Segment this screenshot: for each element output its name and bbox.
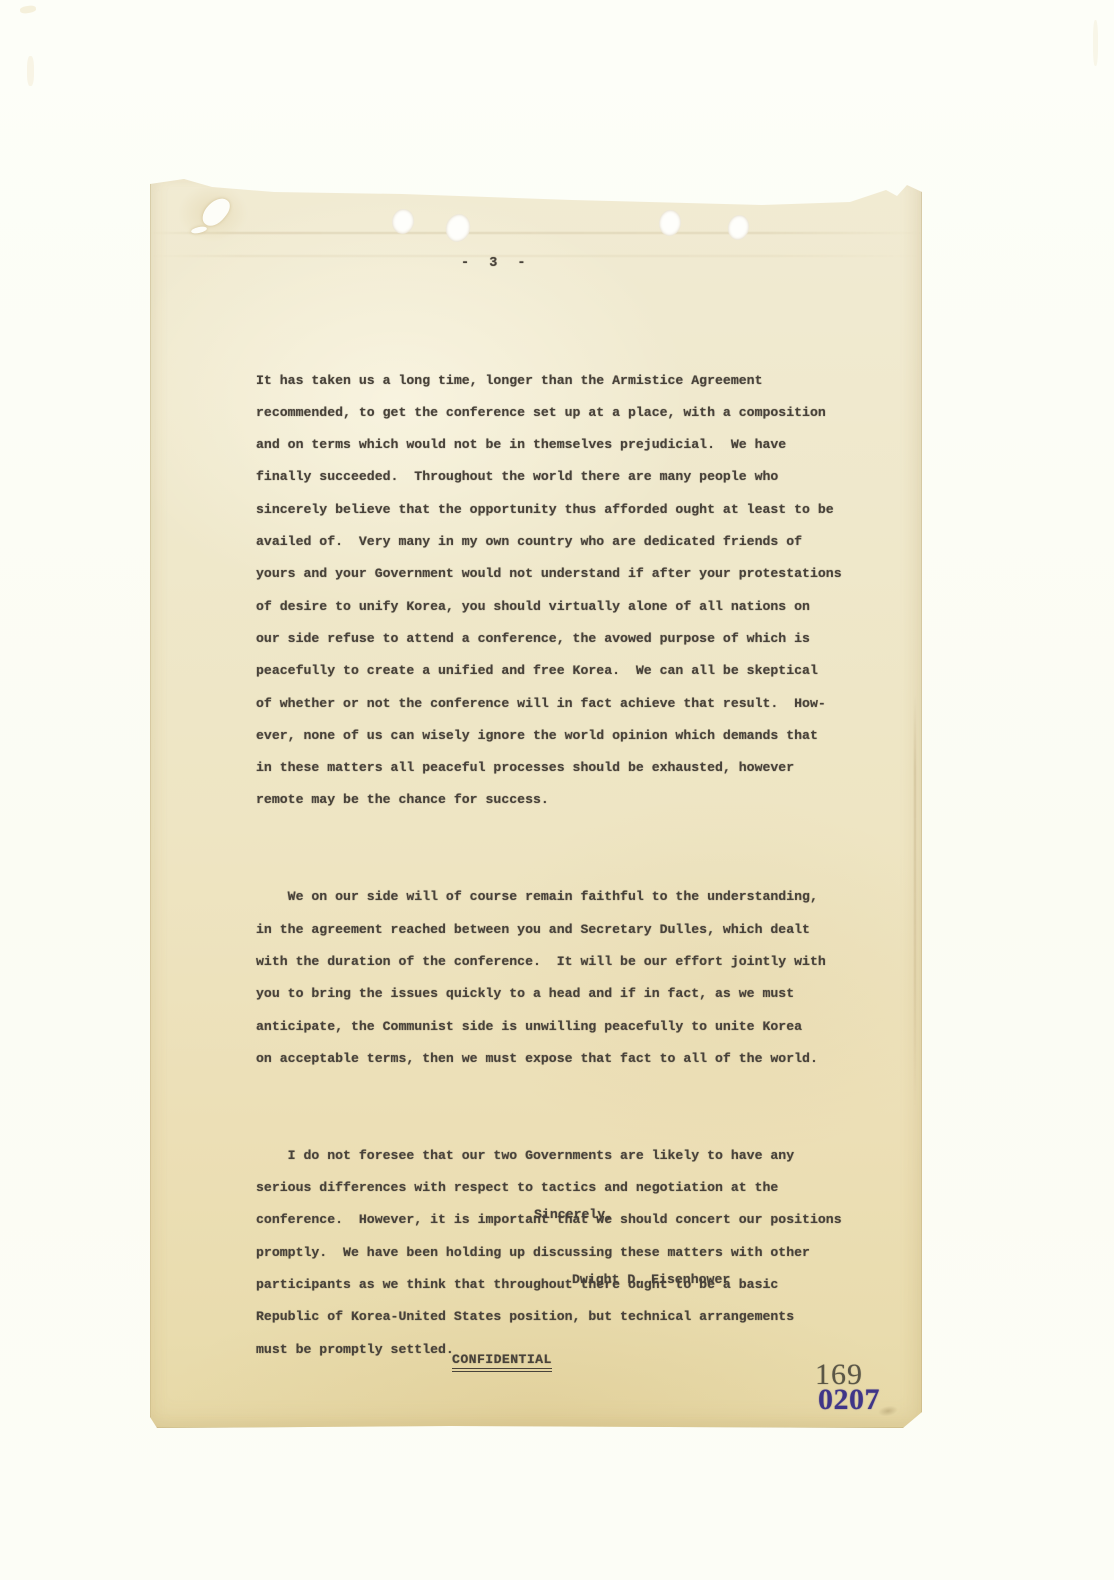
pencil-mark [877, 1404, 898, 1417]
scan-speck [20, 5, 37, 14]
punch-hole [725, 213, 752, 243]
classification-marking: CONFIDENTIAL [452, 1352, 552, 1372]
signoff: Sincerely, [534, 1207, 613, 1222]
letter-page: - 3 - It has taken us a long time, longe… [150, 176, 922, 1428]
serial-stamp-bottom: 0207 [818, 1385, 880, 1415]
scan-speck [1093, 20, 1098, 66]
paragraph-3: I do not foresee that our two Government… [256, 1140, 866, 1366]
scan-speck [27, 56, 34, 86]
punch-hole [442, 211, 473, 245]
letter-body: It has taken us a long time, longer than… [256, 300, 866, 1527]
paper-crease [150, 255, 922, 257]
paragraph-1: It has taken us a long time, longer than… [256, 365, 866, 817]
page-number: - 3 - [461, 256, 532, 271]
paper-crease [914, 696, 916, 1106]
signature: Dwight D. Eisenhower [572, 1272, 730, 1287]
paper-crease [150, 232, 922, 234]
paragraph-2: We on our side will of course remain fai… [256, 881, 866, 1075]
closing-line: With warm regards, [256, 1430, 866, 1462]
